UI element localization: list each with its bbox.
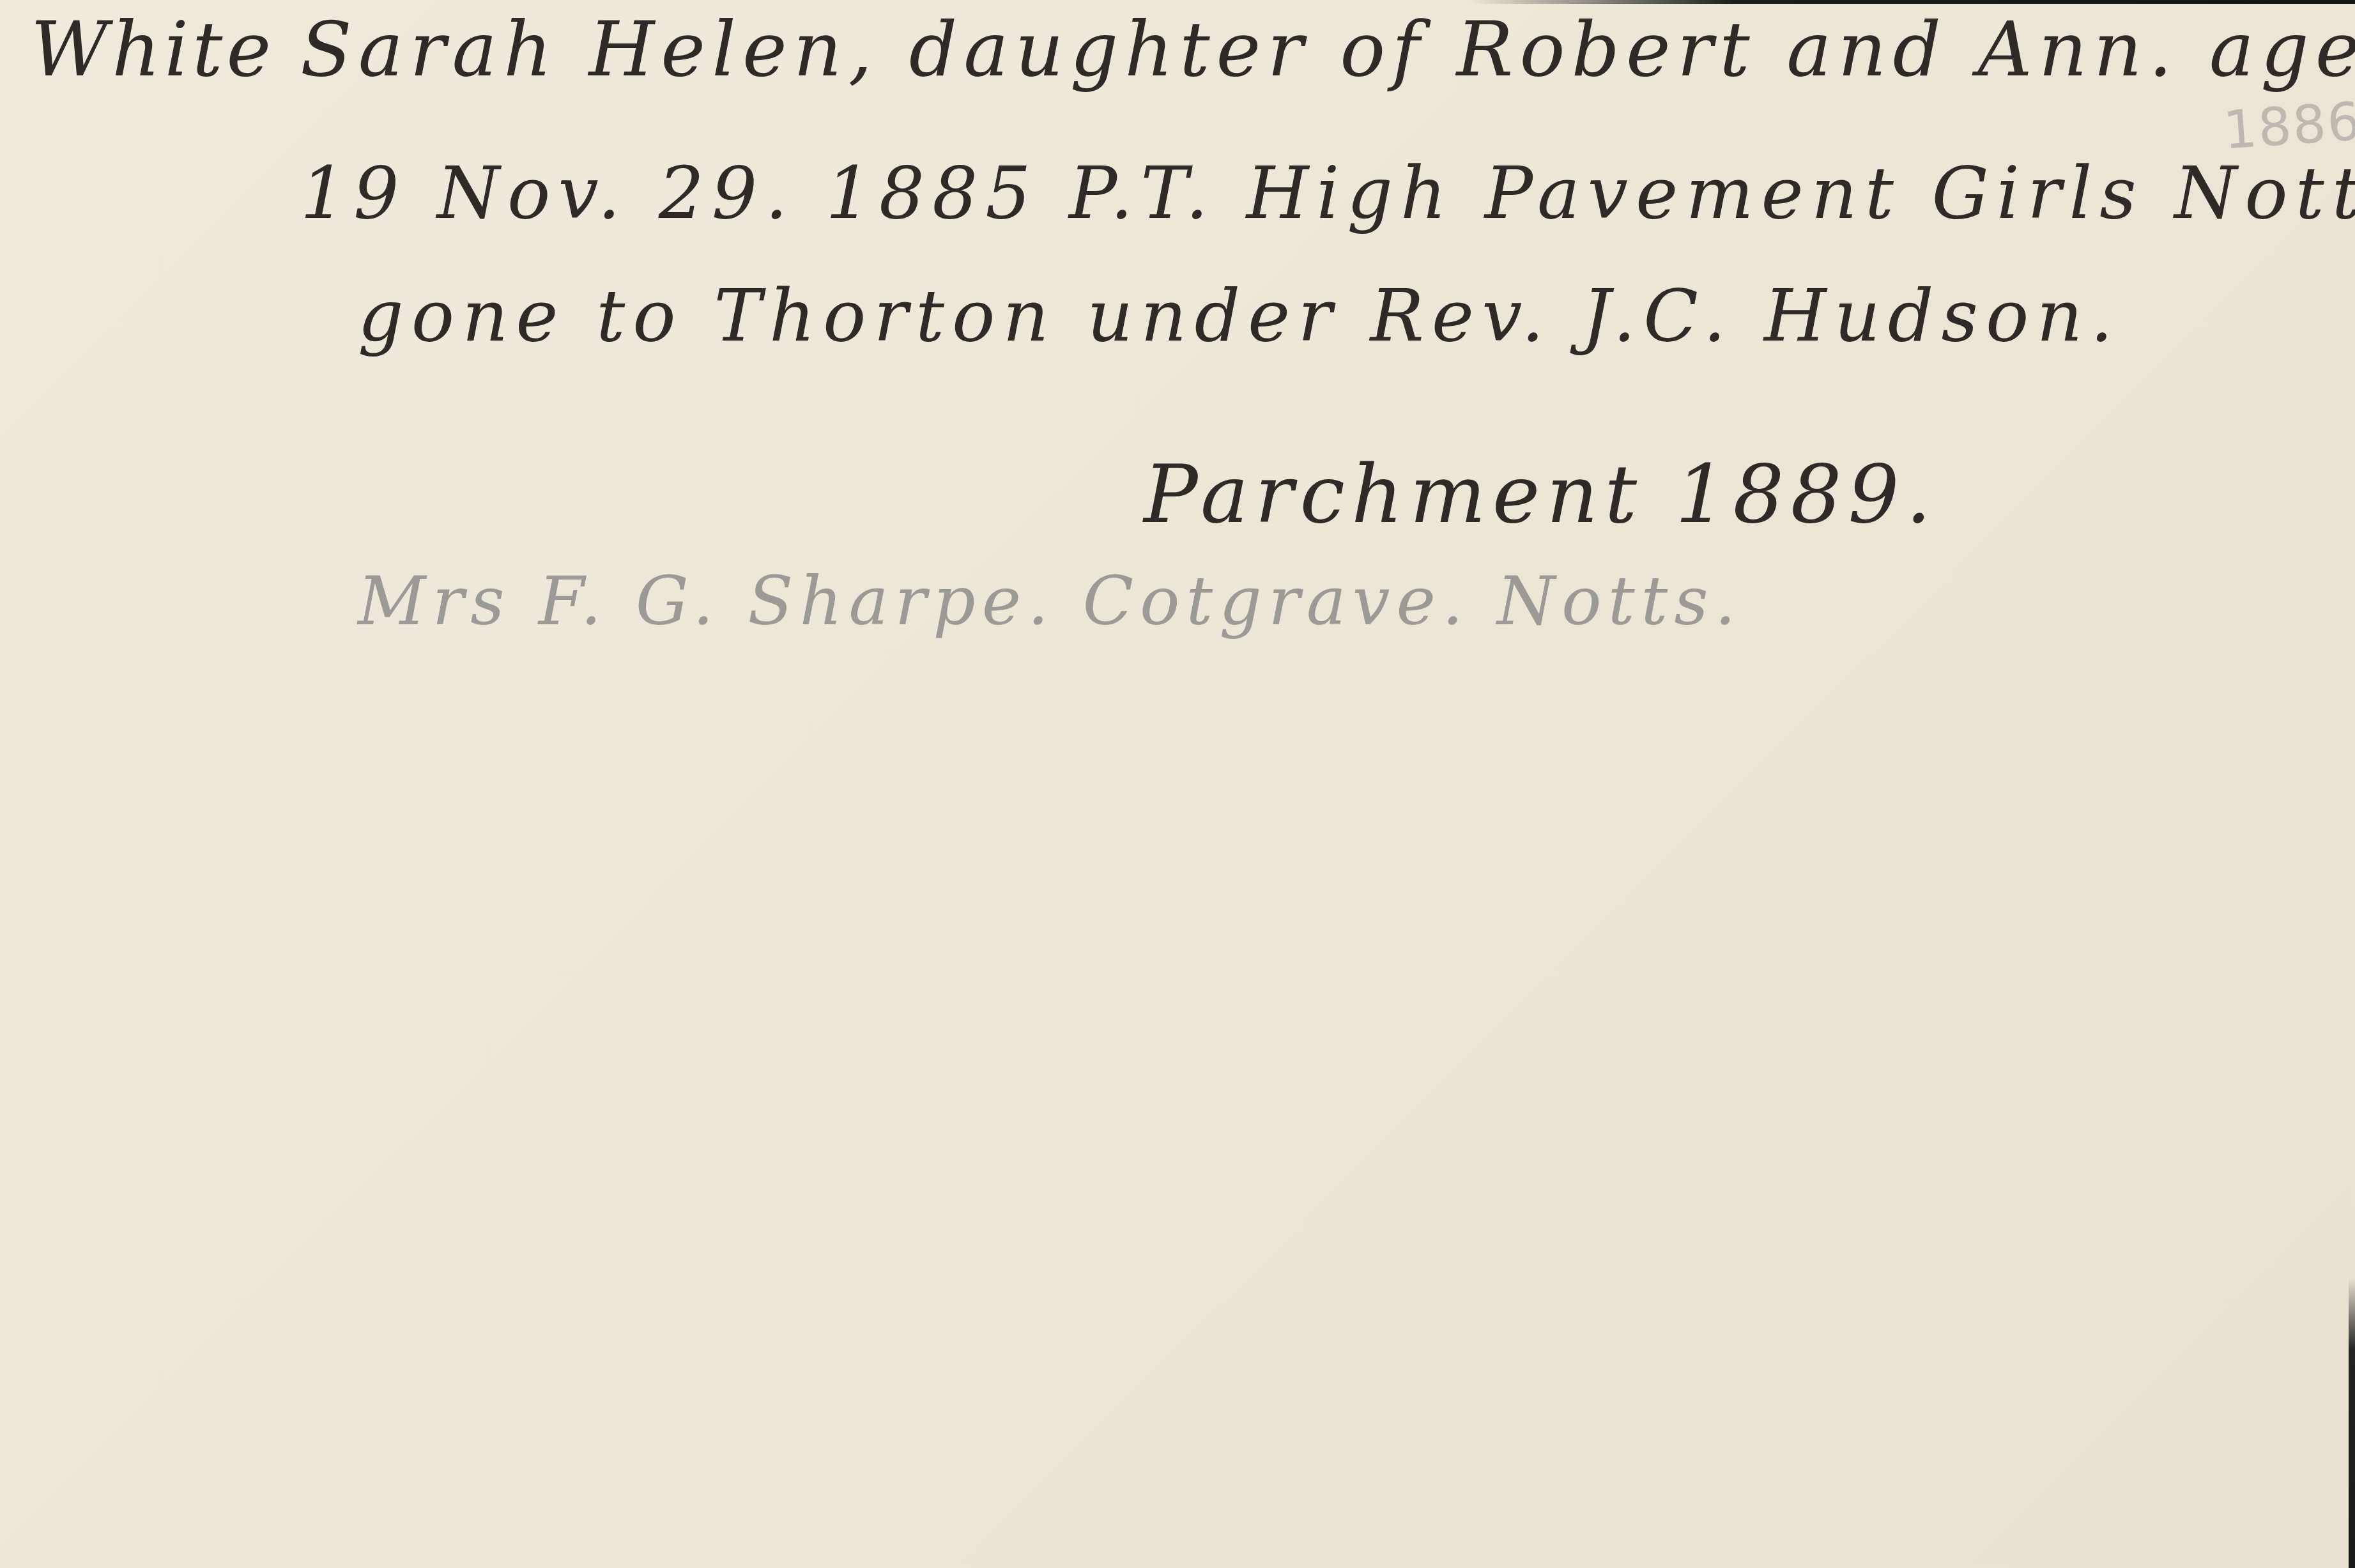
pencil-annotation: 1886 xyxy=(2221,91,2355,162)
surname: White xyxy=(31,5,275,93)
parchment-note: Parchment 1889. xyxy=(1144,447,1938,541)
later-address: Mrs F. G. Sharpe. Cotgrave. Notts. xyxy=(358,562,1742,640)
record-line-2: 19 Nov. 29. 1885 P.T. High Pavement Girl… xyxy=(300,152,2355,235)
record-line-3: gone to Thorton under Rev. J.C. Hudson. xyxy=(358,275,2121,358)
record-line-1: Sarah Helen, daughter of Robert and Ann.… xyxy=(300,5,2355,93)
scan-border-right xyxy=(2349,1278,2355,1568)
scan-border-top xyxy=(1469,0,2355,4)
index-card: White Sarah Helen, daughter of Robert an… xyxy=(0,0,2355,1568)
